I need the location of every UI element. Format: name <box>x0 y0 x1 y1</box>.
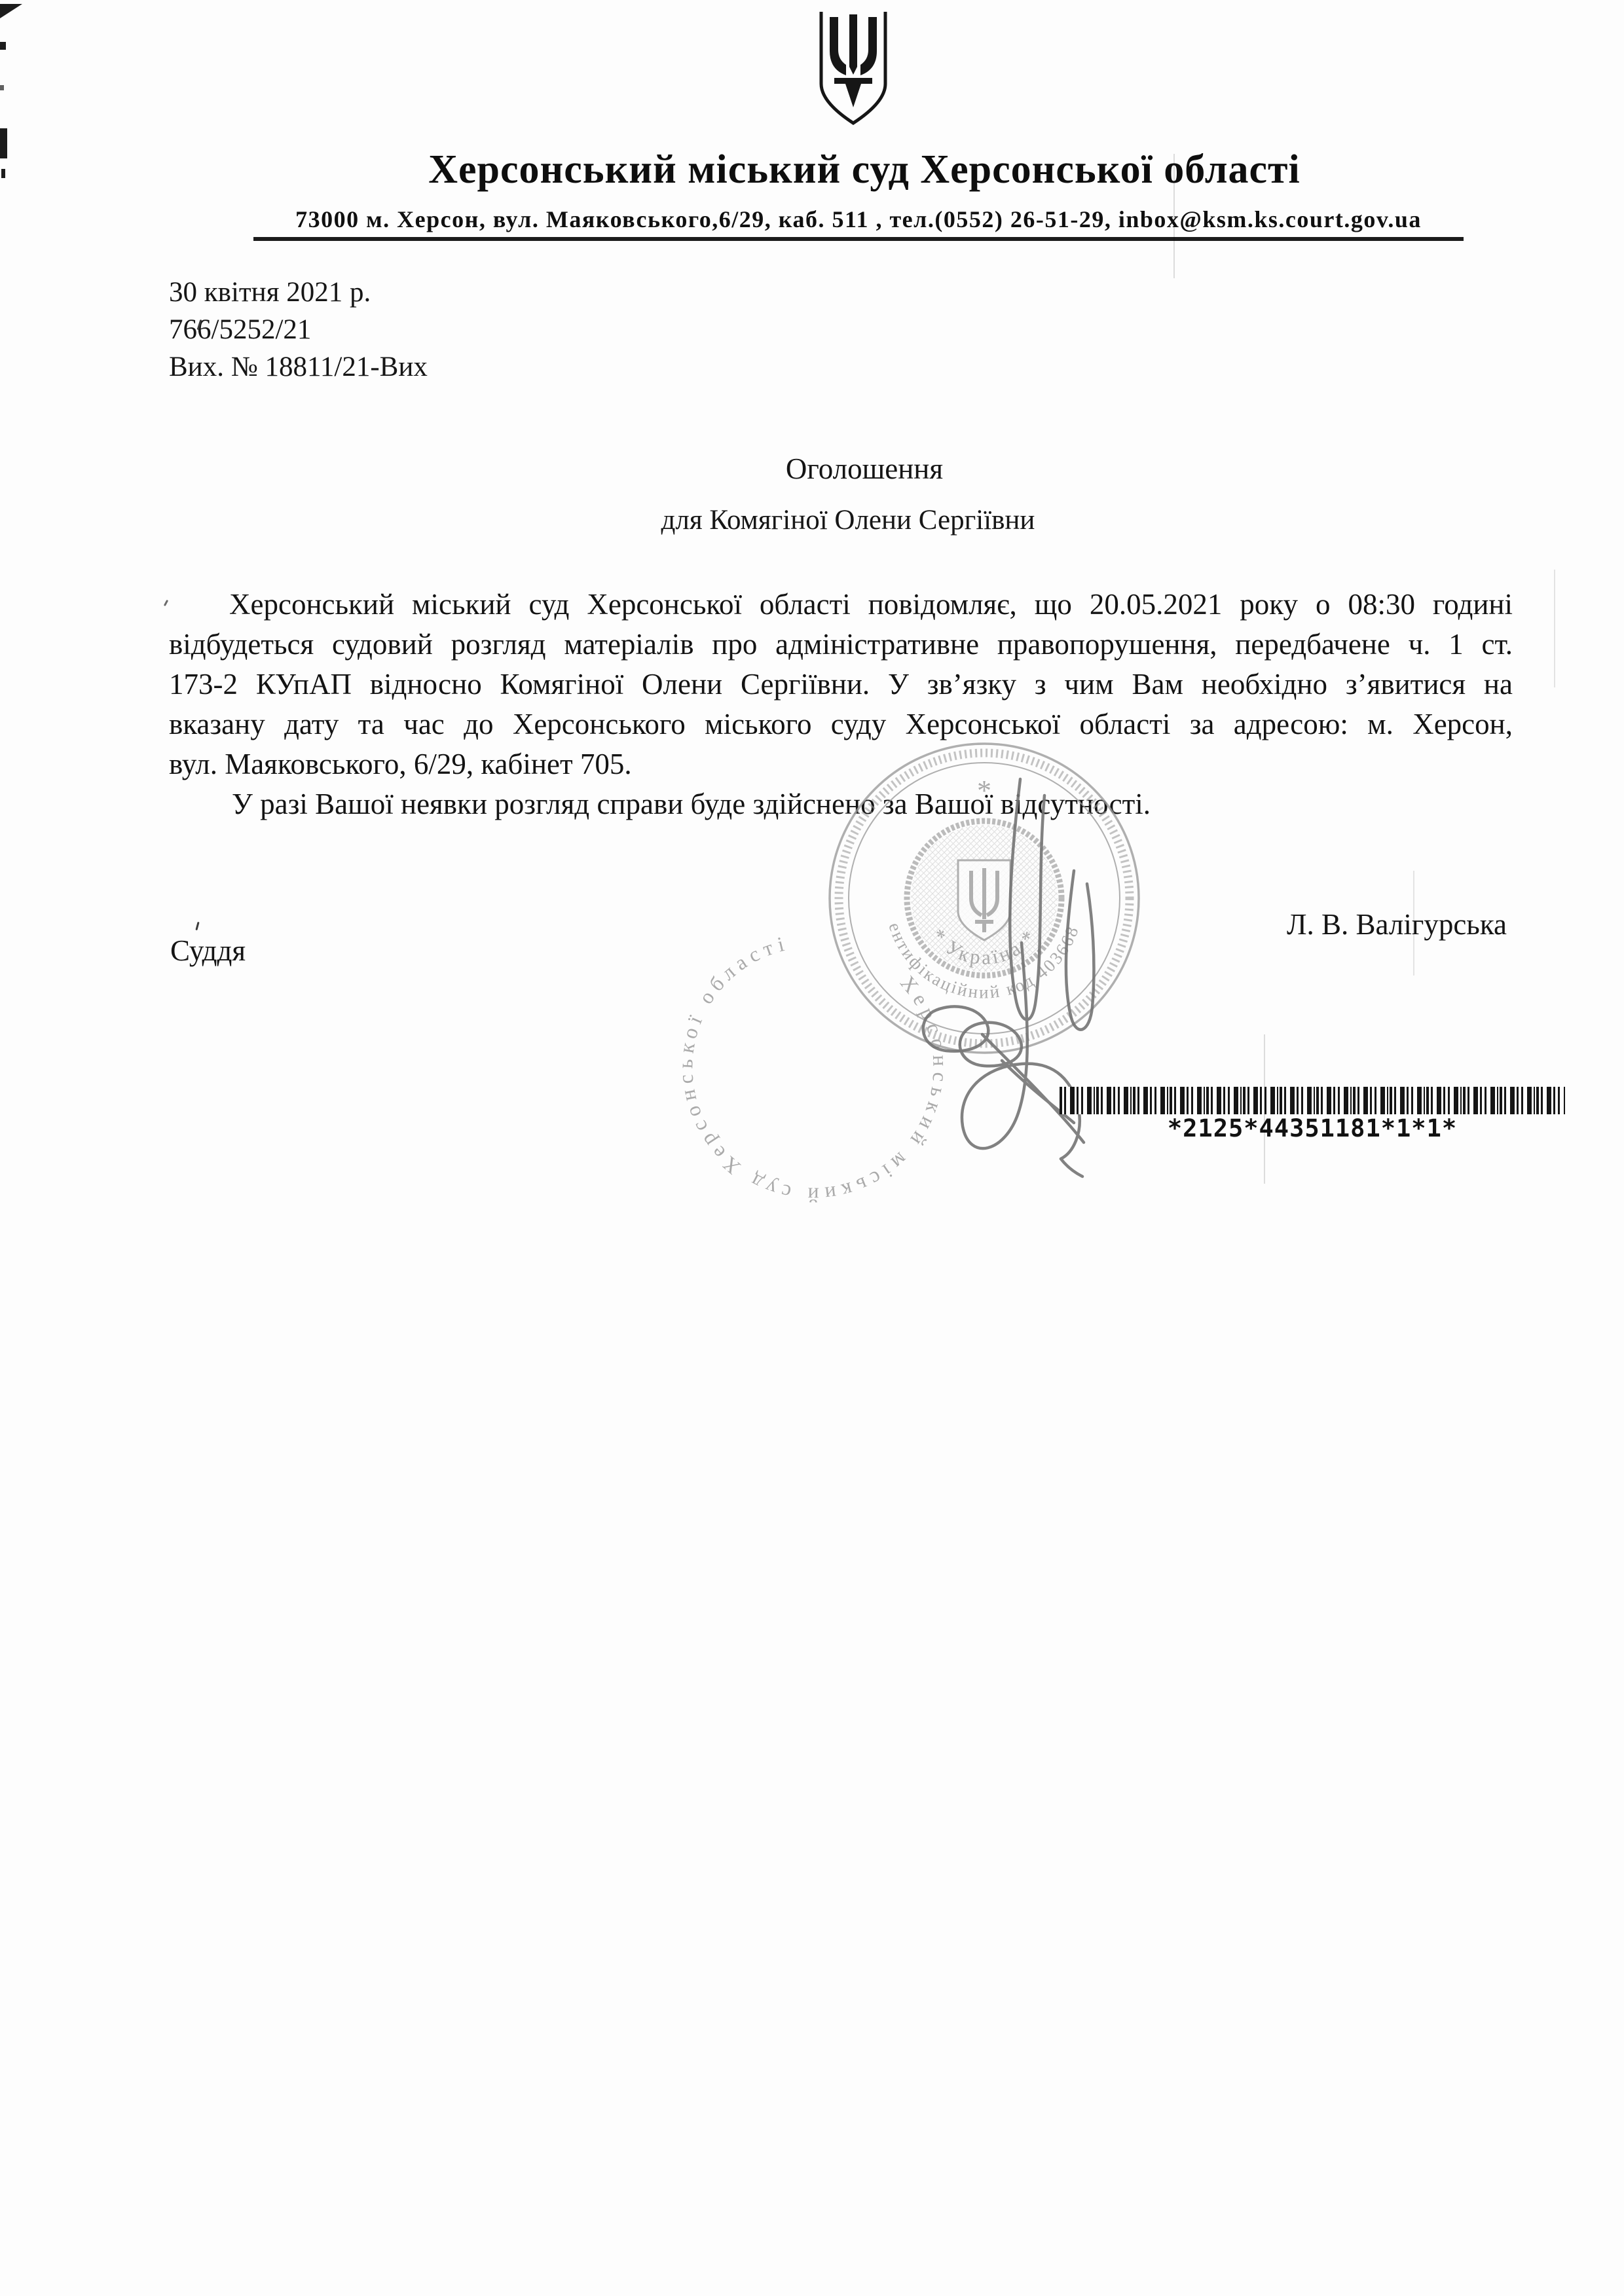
case-number: 766/5252/21 <box>169 311 428 348</box>
court-address-line: 73000 м. Херсон, вул. Маяковського,6/29,… <box>253 206 1464 241</box>
outgoing-number: Вих. № 18811/21-Вих <box>169 348 428 386</box>
scan-edge-mark <box>1 169 5 178</box>
body-line: Херсонський міський суд Херсонської обла… <box>169 585 1513 625</box>
barcode-block: *2125*44351181*1*1* <box>1060 1087 1565 1142</box>
coat-of-arms-trident-icon <box>811 10 896 125</box>
scan-edge-mark <box>0 128 7 158</box>
scan-streak <box>1413 871 1414 975</box>
scan-edge-mark <box>0 4 22 18</box>
letter-date: 30 квітня 2021 р. <box>169 274 428 311</box>
court-name-title: Херсонський міський суд Херсонської обла… <box>105 147 1624 193</box>
announcement-title: Оголошення <box>105 452 1624 486</box>
reference-block: 30 квітня 2021 р. 766/5252/21 Вих. № 188… <box>169 274 428 386</box>
scan-streak <box>1173 154 1175 278</box>
judge-role-label: Суддя <box>170 934 246 968</box>
scan-edge-mark <box>0 42 6 50</box>
body-line: відбудеться судовий розгляд матеріалів п… <box>169 625 1513 665</box>
judge-name: Л. В. Валігурська <box>1287 907 1507 941</box>
barcode-text: *2125*44351181*1*1* <box>1060 1114 1565 1142</box>
barcode-bars <box>1060 1087 1565 1114</box>
scanned-court-letter-page: Херсонський міський суд Херсонської обла… <box>0 0 1624 2296</box>
scan-streak <box>1554 570 1555 687</box>
body-line: 173-2 КУпАП відносно Комягіної Олени Сер… <box>169 665 1513 704</box>
scan-streak <box>1264 1034 1265 1184</box>
recipient-line: для Комягіної Олени Сергіївни <box>85 504 1611 536</box>
scan-tick-mark <box>164 600 168 606</box>
scan-edge-mark <box>0 85 4 90</box>
scan-tick-mark <box>195 922 199 930</box>
